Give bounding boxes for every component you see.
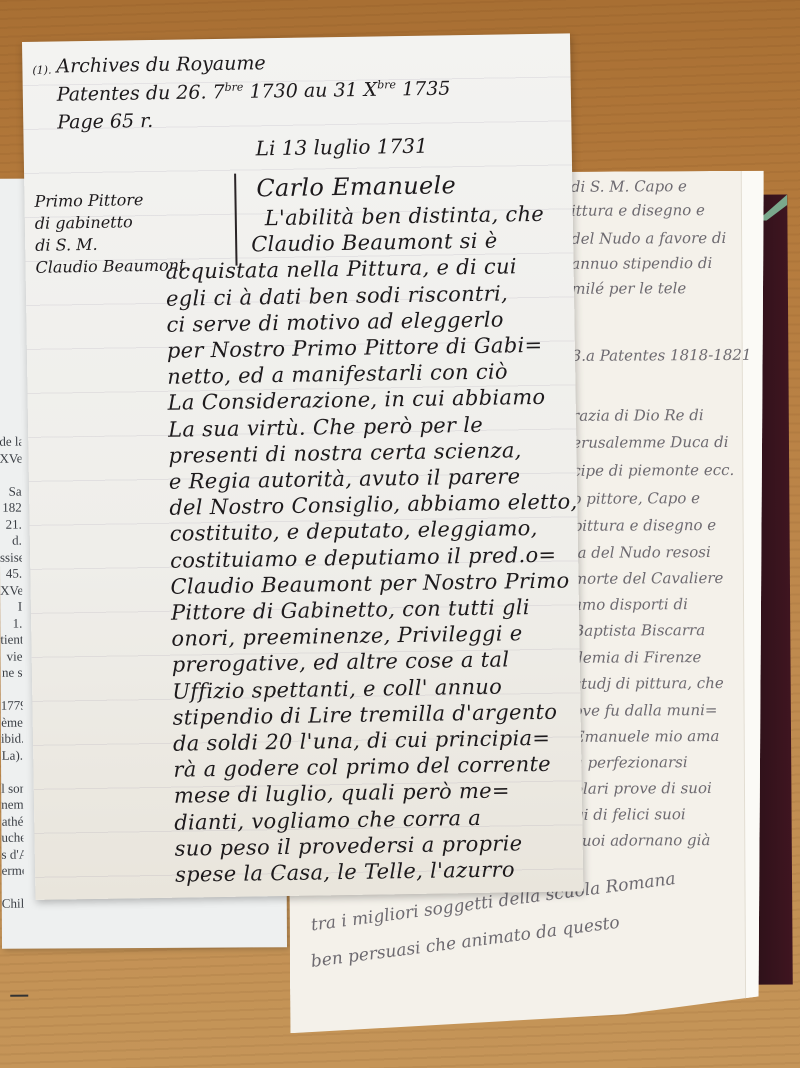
manuscript-line: morte del Cavaliere (573, 569, 724, 588)
printed-fragment: Sa (0, 483, 22, 500)
printed-text-fragments: de la XVe s Sa 182 21. d. ssise 45. XVe … (0, 434, 24, 913)
superscript: bre (224, 81, 243, 94)
printed-fragment: XVe s (0, 450, 21, 467)
manuscript-line: amo disporti di (573, 595, 688, 614)
printed-fragment: ne s (1, 665, 23, 682)
manuscript-line: ittura e disegno e (571, 201, 705, 220)
printed-fragment: La). (1, 747, 23, 764)
printed-fragment: XVe (0, 582, 22, 599)
manuscript-line: olari prove di suoi (574, 779, 712, 798)
handwritten-letter: (1). Archives du Royaume Patentes du 26.… (22, 33, 583, 900)
printed-rule-line (10, 995, 28, 997)
body-line: dianti, vogliamo che corra a (174, 805, 481, 834)
manuscript-line: annuo stipendio di (571, 254, 712, 273)
header-patentes-mid: 1730 au 31 X (243, 79, 377, 103)
manuscript-line: razia di Dio Re di (572, 406, 704, 425)
body-line: La sua virtù. Che però per le (168, 412, 483, 441)
margin-note-line: di S. M. (35, 235, 98, 255)
letter-date: Li 13 luglio 1731 (256, 134, 428, 161)
header-patentes-end: 1735 (396, 78, 451, 101)
manuscript-line: Baptista Biscarra (573, 621, 705, 640)
printed-fragment (1, 764, 23, 781)
manuscript-line: pittura e disegno e (573, 516, 717, 535)
manuscript-line: gi di felici suoi (574, 805, 686, 824)
printed-fragment: uche (1, 830, 23, 847)
printed-fragment: vie (0, 648, 22, 665)
printed-fragment: tient (0, 632, 22, 649)
printed-fragment: de la (0, 434, 21, 451)
manuscript-line: studj di pittura, che (573, 674, 723, 693)
manuscript-section-heading: 3.a Patentes 1818-1821 (572, 346, 752, 365)
manuscript-line: o pittore, Capo e (572, 489, 700, 508)
printed-fragment: s d'A (1, 846, 23, 863)
manuscript-line: Emanuele mio ama (574, 727, 720, 746)
margin-note-line: di gabinetto (35, 212, 133, 233)
manuscript-line: a perfezionarsi (574, 753, 688, 772)
printed-fragment (1, 681, 23, 698)
header-patentes-start: Patentes du 26. 7 (57, 81, 225, 106)
manuscript-line: ia del Nudo resosi (573, 543, 711, 562)
body-line: Claudio Beaumont si è (251, 229, 498, 257)
printed-fragment: Chil (2, 896, 24, 913)
printed-fragment: 1. (0, 615, 22, 632)
printed-fragment: athé (1, 813, 23, 830)
manuscript-line: ove fu dalla muni= (574, 701, 718, 720)
printed-fragment: ème (1, 714, 23, 731)
printed-fragment: 1779 (1, 698, 23, 715)
header-archives: Archives du Royaume (56, 52, 266, 77)
manuscript-line: milé per le tele (571, 279, 686, 298)
body-line: L'abilità ben distinta, che (265, 202, 545, 230)
manuscript-line: erusalemme Duca di (572, 433, 728, 452)
printed-fragment: 182 (0, 500, 22, 517)
printed-fragment: ibid. (1, 731, 23, 748)
printed-fragment: nem (1, 797, 23, 814)
footnote-mark: (1). (32, 64, 51, 77)
printed-fragment: l son (1, 780, 23, 797)
manuscript-line: demia di Firenze (573, 648, 701, 667)
printed-fragment: 21. (0, 516, 22, 533)
margin-note-line: Primo Pittore (34, 190, 143, 211)
printed-fragment: erme (2, 863, 24, 880)
manuscript-line: cipe di piemonte ecc. (572, 461, 734, 480)
manuscript-line: di S. M. Capo e (571, 177, 687, 196)
printed-fragment: I (0, 599, 22, 616)
manuscript-line: suoi adornano già (574, 831, 710, 850)
printed-fragment: d. (0, 533, 22, 550)
manuscript-line: del Nudo a favore di (571, 229, 726, 248)
printed-fragment: 45. (0, 566, 22, 583)
printed-fragment: ssise (0, 549, 22, 566)
header-page: Page 65 r. (57, 110, 153, 134)
salutation: Carlo Emanuele (256, 171, 456, 202)
printed-fragment (2, 879, 24, 896)
superscript: bre (377, 78, 396, 91)
printed-fragment (0, 467, 22, 484)
